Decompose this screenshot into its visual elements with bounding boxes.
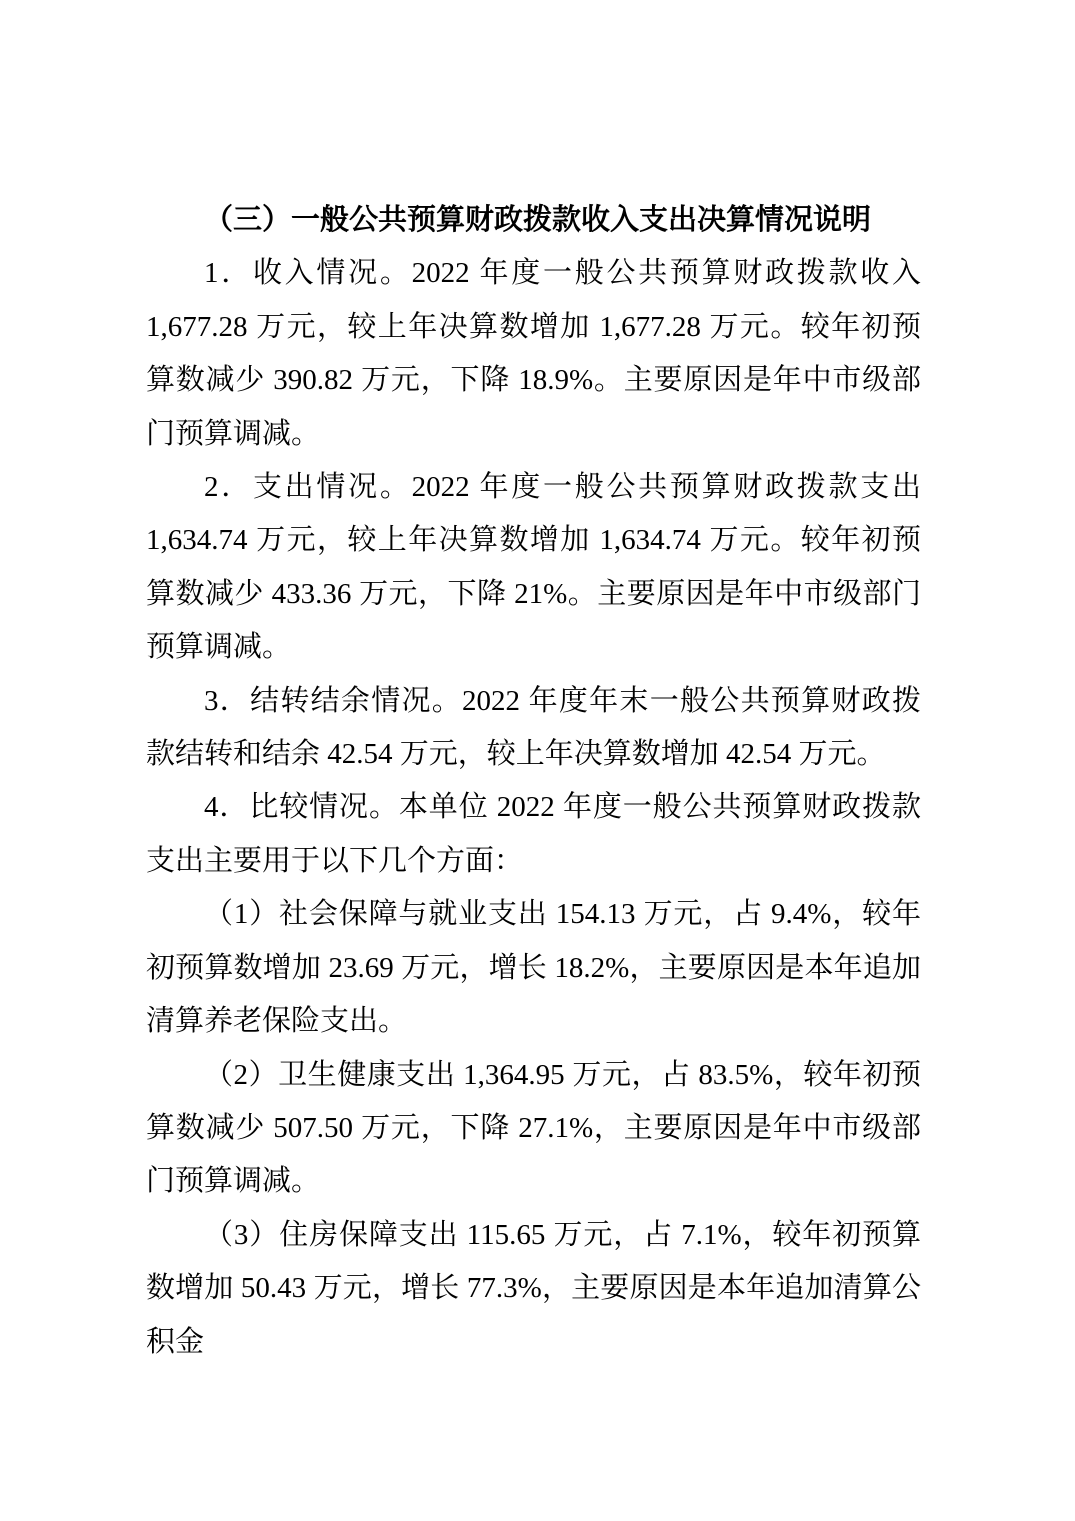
document-page: （三）一般公共预算财政拨款收入支出决算情况说明 1．收入情况。2022 年度一般…: [0, 0, 1075, 1521]
paragraph-comparison-intro: 4．比较情况。本单位 2022 年度一般公共预算财政拨款支出主要用于以下几个方面…: [146, 781, 921, 888]
paragraph-expenditure: 2．支出情况。2022 年度一般公共预算财政拨款支出 1,634.74 万元，较…: [146, 461, 921, 675]
paragraph-item-1-social-security: （1）社会保障与就业支出 154.13 万元，占 9.4%，较年初预算数增加 2…: [146, 888, 921, 1048]
paragraph-item-3-housing: （3）住房保障支出 115.65 万元，占 7.1%，较年初预算数增加 50.4…: [146, 1209, 921, 1369]
paragraph-income: 1．收入情况。2022 年度一般公共预算财政拨款收入 1,677.28 万元，较…: [146, 247, 921, 461]
paragraph-item-2-health: （2）卫生健康支出 1,364.95 万元，占 83.5%，较年初预算数减少 5…: [146, 1049, 921, 1209]
paragraph-carryover-balance: 3．结转结余情况。2022 年度年末一般公共预算财政拨款结转和结余 42.54 …: [146, 675, 921, 782]
document-content: （三）一般公共预算财政拨款收入支出决算情况说明 1．收入情况。2022 年度一般…: [146, 194, 921, 1369]
section-heading: （三）一般公共预算财政拨款收入支出决算情况说明: [146, 194, 921, 247]
